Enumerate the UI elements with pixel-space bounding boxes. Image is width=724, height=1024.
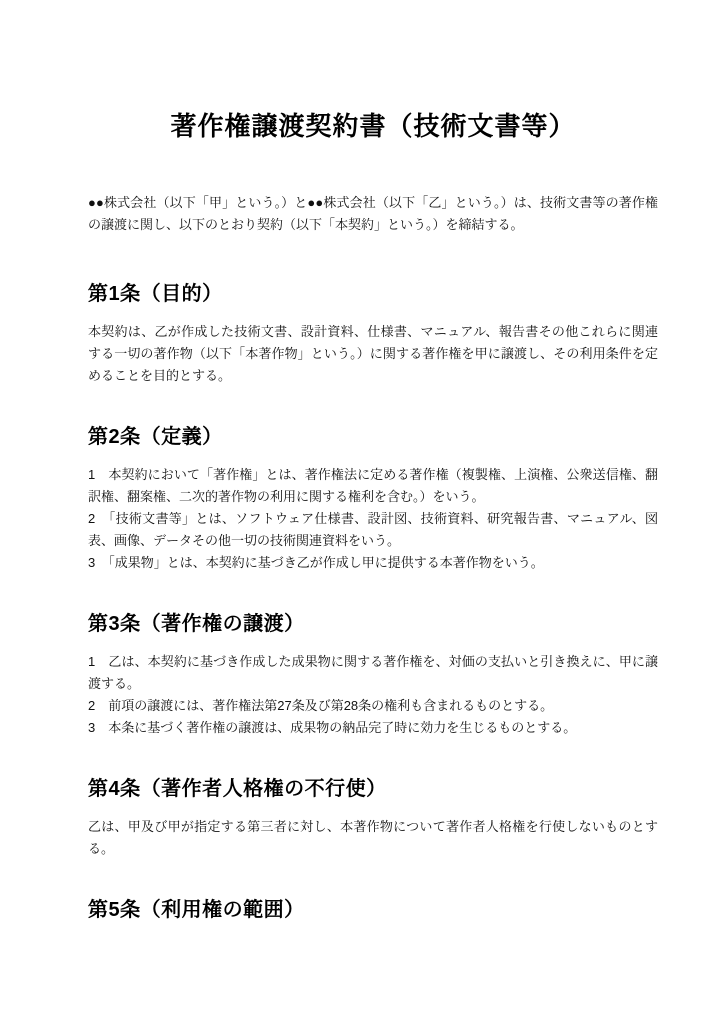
article-paragraph: 本契約は、乙が作成した技術文書、設計資料、仕様書、マニュアル、報告書その他これら… (88, 321, 658, 387)
article-2: 第2条（定義） 1 本契約において「著作権」とは、著作権法に定める著作権（複製権… (88, 423, 658, 574)
article-5: 第5条（利用権の範囲） (88, 896, 658, 924)
article-paragraph: 3 本条に基づく著作権の譲渡は、成果物の納品完了時に効力を生じるものとする。 (88, 717, 658, 739)
article-1: 第1条（目的） 本契約は、乙が作成した技術文書、設計資料、仕様書、マニュアル、報… (88, 280, 658, 387)
article-4: 第4条（著作者人格権の不行使） 乙は、甲及び甲が指定する第三者に対し、本著作物に… (88, 775, 658, 860)
document-title: 著作権譲渡契約書（技術文書等） (88, 106, 658, 146)
intro-paragraph: ●●株式会社（以下「甲」という。）と●●株式会社（以下「乙」という。）は、技術文… (88, 192, 658, 236)
article-4-body: 乙は、甲及び甲が指定する第三者に対し、本著作物について著作者人格権を行使しないも… (88, 816, 658, 860)
article-paragraph: 3 「成果物」とは、本契約に基づき乙が作成し甲に提供する本著作物をいう。 (88, 552, 658, 574)
article-paragraph: 1 乙は、本契約に基づき作成した成果物に関する著作権を、対価の支払いと引き換えに… (88, 651, 658, 695)
article-2-body: 1 本契約において「著作権」とは、著作権法に定める著作権（複製権、上演権、公衆送… (88, 464, 658, 574)
article-3-heading: 第3条（著作権の譲渡） (88, 610, 658, 638)
contract-document-page: 著作権譲渡契約書（技術文書等） ●●株式会社（以下「甲」という。）と●●株式会社… (0, 0, 724, 1024)
article-1-heading: 第1条（目的） (88, 280, 658, 308)
article-paragraph: 乙は、甲及び甲が指定する第三者に対し、本著作物について著作者人格権を行使しないも… (88, 816, 658, 860)
article-2-heading: 第2条（定義） (88, 423, 658, 451)
article-4-heading: 第4条（著作者人格権の不行使） (88, 775, 658, 803)
article-5-heading: 第5条（利用権の範囲） (88, 896, 658, 924)
article-paragraph: 1 本契約において「著作権」とは、著作権法に定める著作権（複製権、上演権、公衆送… (88, 464, 658, 508)
article-1-body: 本契約は、乙が作成した技術文書、設計資料、仕様書、マニュアル、報告書その他これら… (88, 321, 658, 387)
article-paragraph: 2 前項の譲渡には、著作権法第27条及び第28条の権利も含まれるものとする。 (88, 695, 658, 717)
article-paragraph: 2 「技術文書等」とは、ソフトウェア仕様書、設計図、技術資料、研究報告書、マニュ… (88, 508, 658, 552)
article-3: 第3条（著作権の譲渡） 1 乙は、本契約に基づき作成した成果物に関する著作権を、… (88, 610, 658, 739)
article-3-body: 1 乙は、本契約に基づき作成した成果物に関する著作権を、対価の支払いと引き換えに… (88, 651, 658, 739)
